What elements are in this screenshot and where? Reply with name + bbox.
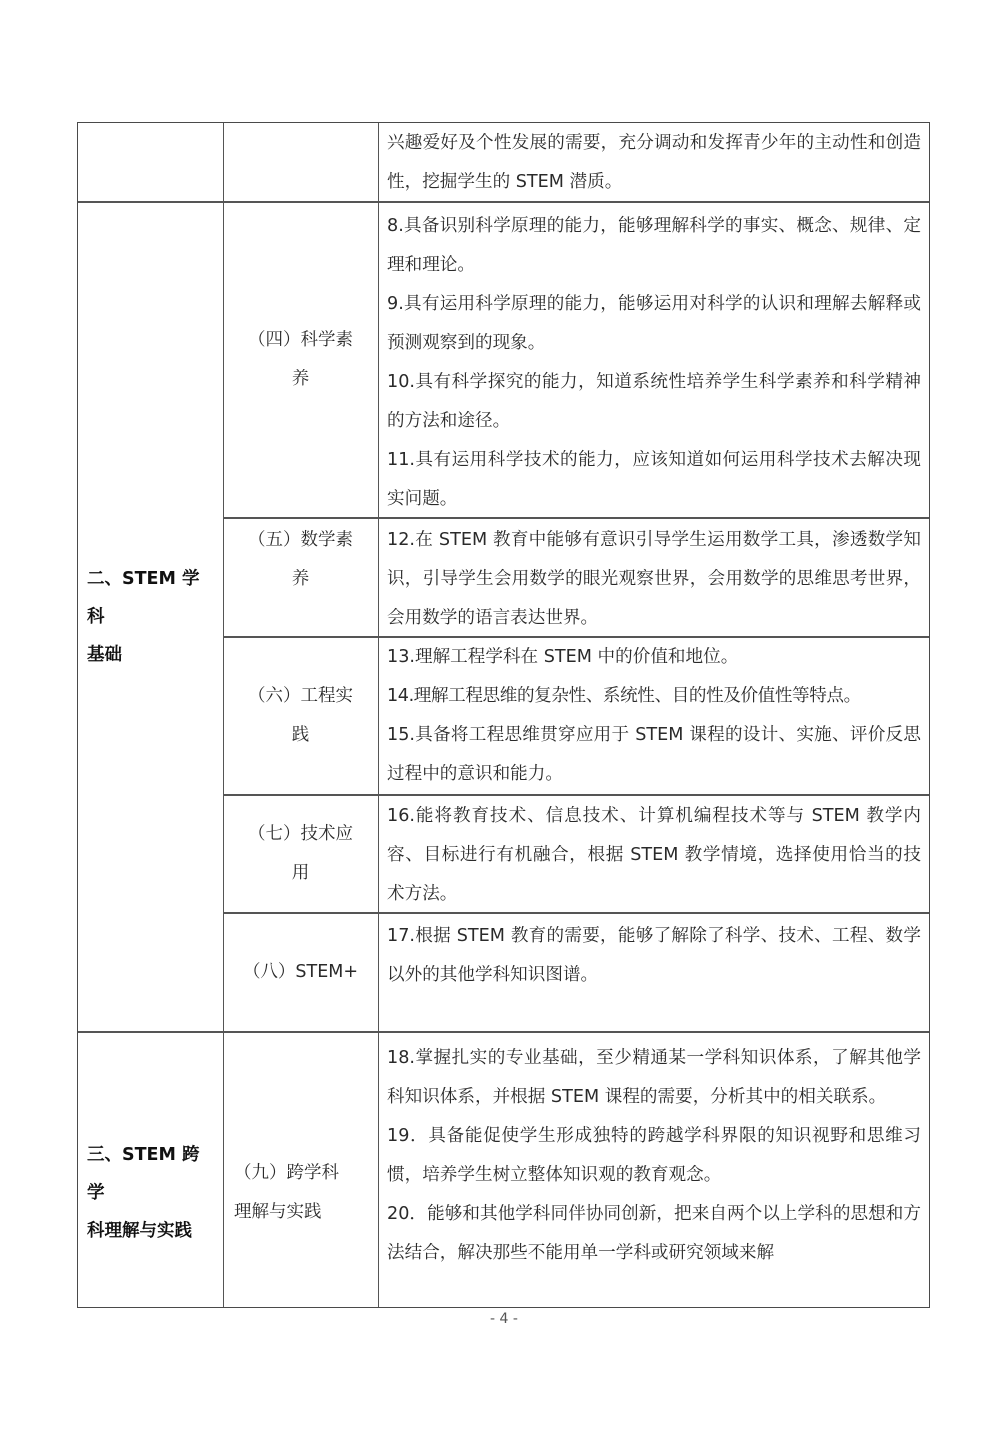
item-text: 18.掌握扎实的专业基础，至少精通某一学科知识体系，了解其他学科知识体系，并根据… (387, 1039, 921, 1117)
category-stem-foundation: 二、STEM 学科 基础 (78, 203, 222, 1031)
subcategory-interdisciplinary-practice: （九）跨学科 理解与实践 (224, 1033, 377, 1307)
subcategory-label: （五）数学素 (248, 521, 353, 560)
subcategory-label: 理解与实践 (234, 1193, 339, 1232)
item-text: 8.具备识别科学原理的能力，能够理解科学的事实、概念、规律、定理和理论。 (387, 207, 921, 285)
subcategory-label: 用 (248, 854, 353, 893)
subcategory-label: 养 (248, 360, 353, 399)
subcategory-label: （九）跨学科 (234, 1154, 339, 1193)
engineering-practice-desc: 13.理解工程学科在 STEM 中的价值和地位。 14.理解工程思维的复杂性、系… (378, 638, 929, 794)
item-text: 17.根据 STEM 教育的需要，能够了解除了科学、技术、工程、数学以外的其他学… (387, 917, 921, 995)
item-text: 11.具有运用科学技术的能力，应该知道如何运用科学技术去解决现实问题。 (387, 441, 921, 519)
item-text: 13.理解工程学科在 STEM 中的价值和地位。 (387, 638, 921, 677)
technology-application-desc: 16.能将教育技术、信息技术、计算机编程技术等与 STEM 教学内容、目标进行有… (378, 796, 929, 912)
category-label: 三、STEM 跨学 (87, 1136, 216, 1212)
item-text: 20．能够和其他学科同伴协同创新，把来自两个以上学科的思想和方法结合，解决那些不… (387, 1195, 921, 1273)
subcategory-label: （八）STEM+ (243, 953, 358, 992)
category-label: 基础 (87, 636, 216, 674)
subcategory-label: （六）工程实 (248, 677, 353, 716)
competency-table: 兴趣爱好及个性发展的需要，充分调动和发挥青少年的主动性和创造性，挖掘学生的 ST… (77, 122, 930, 1308)
subcategory-label: 养 (248, 560, 353, 599)
science-literacy-desc: 8.具备识别科学原理的能力，能够理解科学的事实、概念、规律、定理和理论。 9.具… (378, 203, 929, 517)
item-text: 兴趣爱好及个性发展的需要，充分调动和发挥青少年的主动性和创造性，挖掘学生的 ST… (387, 124, 921, 202)
item-text: 16.能将教育技术、信息技术、计算机编程技术等与 STEM 教学内容、目标进行有… (387, 797, 921, 914)
table-row-continuation-desc: 兴趣爱好及个性发展的需要，充分调动和发挥青少年的主动性和创造性，挖掘学生的 ST… (378, 123, 929, 201)
category-label: 二、STEM 学科 (87, 560, 216, 636)
item-text: 12.在 STEM 教育中能够有意识引导学生运用数学工具，渗透数学知识，引导学生… (387, 521, 921, 638)
item-text: 15.具备将工程思维贯穿应用于 STEM 课程的设计、实施、评价反思过程中的意识… (387, 716, 921, 794)
item-text: 9.具有运用科学原理的能力，能够运用对科学的认识和理解去解释或预测观察到的现象。 (387, 285, 921, 363)
interdisciplinary-practice-desc: 18.掌握扎实的专业基础，至少精通某一学科知识体系，了解其他学科知识体系，并根据… (378, 1033, 929, 1307)
page-number: - 4 - (0, 1311, 1008, 1327)
subcategory-technology-application: （七）技术应 用 (224, 796, 377, 912)
item-text: 19．具备能促使学生形成独特的跨越学科界限的知识视野和思维习惯，培养学生树立整体… (387, 1117, 921, 1195)
stem-plus-desc: 17.根据 STEM 教育的需要，能够了解除了科学、技术、工程、数学以外的其他学… (378, 914, 929, 1031)
subcategory-science-literacy: （四）科学素 养 (224, 203, 377, 517)
subcategory-engineering-practice: （六）工程实 践 (224, 638, 377, 794)
document-page: 兴趣爱好及个性发展的需要，充分调动和发挥青少年的主动性和创造性，挖掘学生的 ST… (0, 0, 1008, 1430)
subcategory-label: （四）科学素 (248, 321, 353, 360)
math-literacy-desc: 12.在 STEM 教育中能够有意识引导学生运用数学工具，渗透数学知识，引导学生… (378, 519, 929, 636)
subcategory-label: （七）技术应 (248, 815, 353, 854)
item-text: 10.具有科学探究的能力，知道系统性培养学生科学素养和科学精神的方法和途径。 (387, 363, 921, 441)
category-interdisciplinary: 三、STEM 跨学 科理解与实践 (78, 1033, 222, 1307)
subcategory-math-literacy: （五）数学素 养 (224, 519, 377, 636)
subcategory-label: 践 (248, 716, 353, 755)
subcategory-stem-plus: （八）STEM+ (224, 914, 377, 1031)
category-label: 科理解与实践 (87, 1212, 216, 1250)
item-text: 14.理解工程思维的复杂性、系统性、目的性及价值性等特点。 (387, 677, 921, 716)
